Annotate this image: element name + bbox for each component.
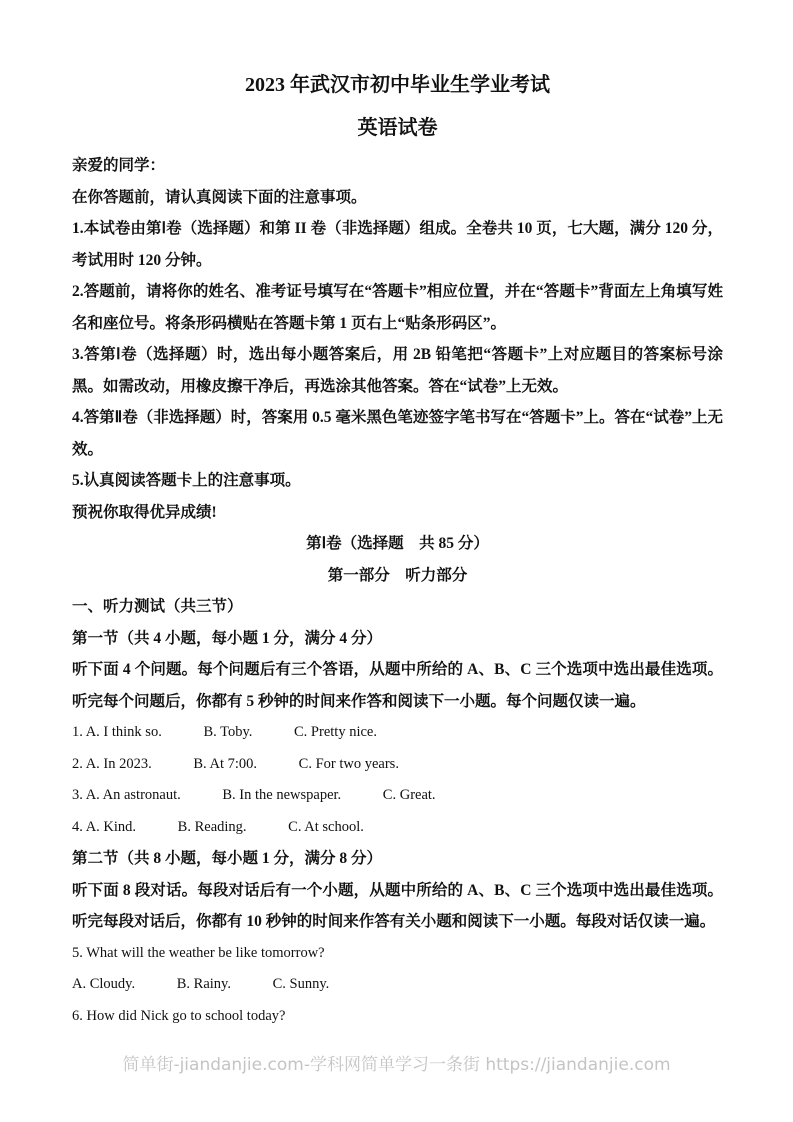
question-3-option-b: B. In the newspaper. xyxy=(222,780,341,812)
question-2-option-c: C. For two years. xyxy=(299,749,399,781)
question-3-option-c: C. Great. xyxy=(383,780,436,812)
question-1-option-b: B. Toby. xyxy=(203,717,252,749)
notice-2: 2.答题前，请将你的姓名、准考证号填写在“答题卡”相应位置，并在“答题卡”背面左… xyxy=(72,276,723,339)
greeting-line: 亲爱的同学： xyxy=(72,150,723,182)
part-heading: 第一部分 听力部分 xyxy=(72,560,723,592)
question-5-option-b: B. Rainy. xyxy=(177,969,231,1001)
listening-part1-heading: 第一节（共 4 小题，每小题 1 分，满分 4 分） xyxy=(72,623,723,655)
question-1-option-a: 1. A. I think so. xyxy=(72,717,162,749)
question-row-3: 3. A. An astronaut. B. In the newspaper.… xyxy=(72,780,723,812)
question-5-option-a: A. Cloudy. xyxy=(72,969,135,1001)
question-5-stem: 5. What will the weather be like tomorro… xyxy=(72,938,723,970)
listening-part2-instructions: 听下面 8 段对话。每段对话后有一个小题，从题中所给的 A、B、C 三个选项中选… xyxy=(72,875,723,938)
volume-heading: 第Ⅰ卷（选择题 共 85 分） xyxy=(72,528,723,560)
question-4-option-a: 4. A. Kind. xyxy=(72,812,136,844)
wish-line: 预祝你取得优异成绩! xyxy=(72,497,723,529)
question-3-option-a: 3. A. An astronaut. xyxy=(72,780,181,812)
question-2-option-a: 2. A. In 2023. xyxy=(72,749,152,781)
notice-1: 1.本试卷由第Ⅰ卷（选择题）和第 II 卷（非选择题）组成。全卷共 10 页，七… xyxy=(72,213,723,276)
question-row-4: 4. A. Kind. B. Reading. C. At school. xyxy=(72,812,723,844)
question-4-option-c: C. At school. xyxy=(288,812,364,844)
notice-4: 4.答第Ⅱ卷（非选择题）时，答案用 0.5 毫米黑色笔迹签字笔书写在“答题卡”上… xyxy=(72,402,723,465)
notice-3: 3.答第Ⅰ卷（选择题）时，选出每小题答案后，用 2B 铅笔把“答题卡”上对应题目… xyxy=(72,339,723,402)
listening-part2-heading: 第二节（共 8 小题，每小题 1 分，满分 8 分） xyxy=(72,843,723,875)
exam-paper-page: 2023 年武汉市初中毕业生学业考试 英语试卷 亲爱的同学： 在你答题前，请认真… xyxy=(0,0,793,1122)
listening-section-heading: 一、听力测试（共三节） xyxy=(72,591,723,623)
question-4-option-b: B. Reading. xyxy=(178,812,247,844)
exam-title: 2023 年武汉市初中毕业生学业考试 xyxy=(72,72,723,98)
notice-5: 5.认真阅读答题卡上的注意事项。 xyxy=(72,465,723,497)
question-2-option-b: B. At 7:00. xyxy=(193,749,257,781)
question-row-5: A. Cloudy. B. Rainy. C. Sunny. xyxy=(72,969,723,1001)
question-6-stem: 6. How did Nick go to school today? xyxy=(72,1001,723,1033)
question-1-option-c: C. Pretty nice. xyxy=(294,717,377,749)
exam-subtitle: 英语试卷 xyxy=(72,115,723,141)
listening-part1-instructions: 听下面 4 个问题。每个问题后有三个答语，从题中所给的 A、B、C 三个选项中选… xyxy=(72,654,723,717)
question-row-2: 2. A. In 2023. B. At 7:00. C. For two ye… xyxy=(72,749,723,781)
read-note-line: 在你答题前，请认真阅读下面的注意事项。 xyxy=(72,182,723,214)
question-5-option-c: C. Sunny. xyxy=(273,969,330,1001)
site-watermark: 简单街-jiandanjie.com-学科网简单学习一条街 https://ji… xyxy=(0,1054,793,1076)
question-row-1: 1. A. I think so. B. Toby. C. Pretty nic… xyxy=(72,717,723,749)
